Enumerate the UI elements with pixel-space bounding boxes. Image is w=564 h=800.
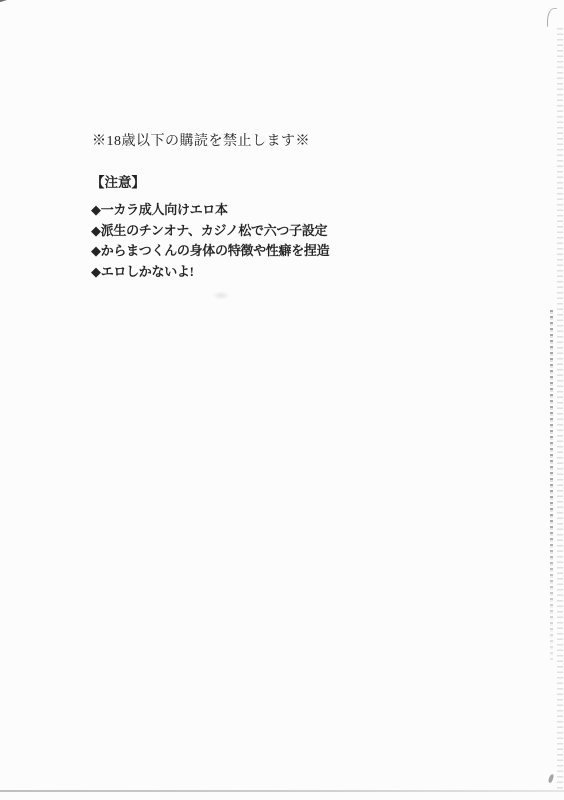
scan-mark-top-right-icon xyxy=(547,8,557,27)
age-restriction-notice: ※18歳以下の購読を禁止します※ xyxy=(92,131,310,153)
caution-item: ◆派生のチンオナ、カジノ松で六つ子設定 xyxy=(91,221,329,242)
caution-item: ◆エロしかないよ! xyxy=(91,262,329,283)
scan-mark-top-left-icon xyxy=(0,0,13,2)
caution-list: ◆一カラ成人向けエロ本 ◆派生のチンオナ、カジノ松で六つ子設定 ◆からまつくんの… xyxy=(91,200,329,282)
scan-edge-line-bottom xyxy=(0,790,564,792)
caution-item: ◆一カラ成人向けエロ本 xyxy=(91,200,329,221)
caution-item: ◆からまつくんの身体の特徴や性癖を捏造 xyxy=(91,241,329,262)
scan-smudge xyxy=(212,291,230,300)
scanned-page: ※18歳以下の購読を禁止します※ 【注意】 ◆一カラ成人向けエロ本 ◆派生のチン… xyxy=(0,0,564,800)
scan-fleck-bottom-right xyxy=(548,774,555,784)
caution-heading: 【注意】 xyxy=(91,172,145,194)
scan-edge-line-right xyxy=(550,310,553,660)
scan-edge-dashes-right xyxy=(557,28,563,790)
